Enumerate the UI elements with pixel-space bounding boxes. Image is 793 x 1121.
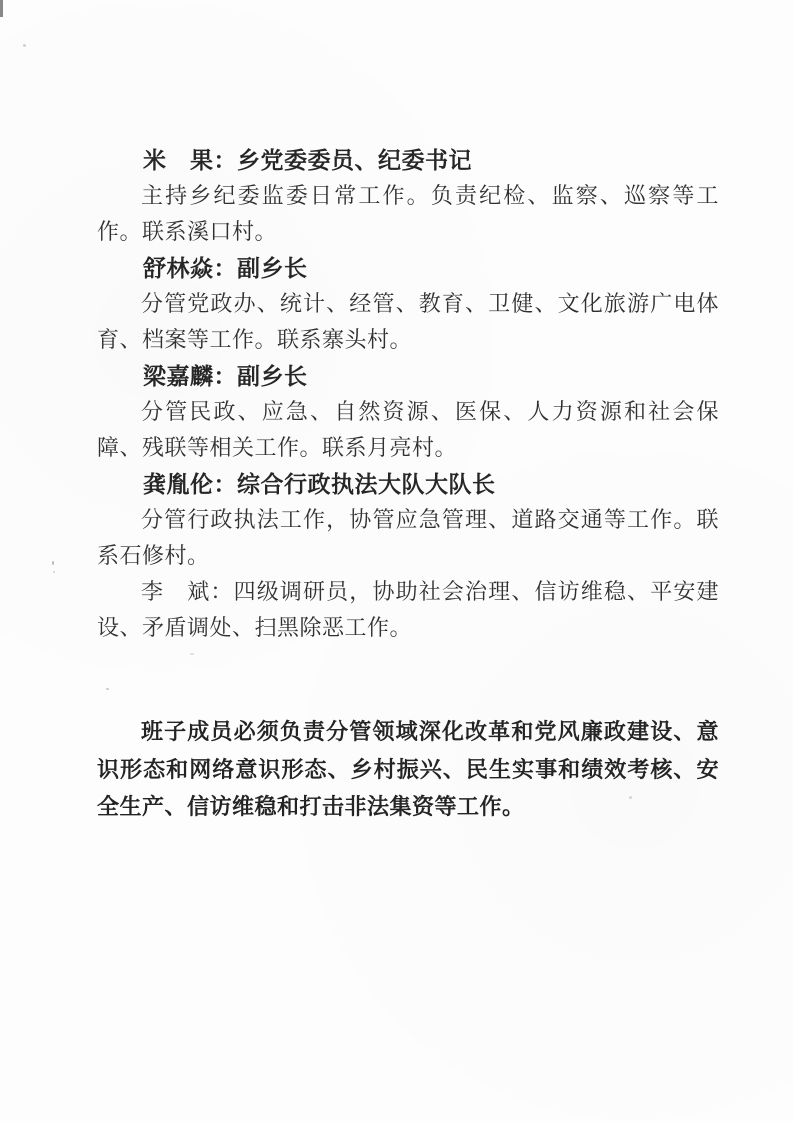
scan-speck xyxy=(52,561,54,565)
entry-duties-shu-linyan: 分管党政办、统计、经管、教育、卫健、文化旅游广电体育、档案等工作。联系寨头村。 xyxy=(97,286,719,358)
entry-heading-mi-guo: 米 果：乡党委委员、纪委书记 xyxy=(97,142,719,178)
entry-heading-liang-jialin: 梁嘉麟：副乡长 xyxy=(97,358,719,394)
closing-paragraph: 班子成员必须负责分管领域深化改革和党风廉政建设、意识形态和网络意识形态、乡村振兴… xyxy=(97,713,719,826)
document-page: 米 果：乡党委委员、纪委书记 主持乡纪委监委日常工作。负责纪检、监察、巡察等工作… xyxy=(0,0,793,1121)
scan-speck xyxy=(23,44,26,47)
entry-duties-mi-guo: 主持乡纪委监委日常工作。负责纪检、监察、巡察等工作。联系溪口村。 xyxy=(97,178,719,250)
scan-speck xyxy=(53,571,55,573)
document-body: 米 果：乡党委委员、纪委书记 主持乡纪委监委日常工作。负责纪检、监察、巡察等工作… xyxy=(97,142,719,826)
entry-heading-gong-yinlun: 龚胤伦：综合行政执法大队大队长 xyxy=(97,466,719,502)
entry-duties-liang-jialin: 分管民政、应急、自然资源、医保、人力资源和社会保障、残联等相关工作。联系月亮村。 xyxy=(97,394,719,466)
scan-edge-artifact xyxy=(0,0,3,17)
entry-duties-gong-yinlun: 分管行政执法工作，协管应急管理、道路交通等工作。联系石修村。 xyxy=(97,502,719,574)
entry-heading-shu-linyan: 舒林焱：副乡长 xyxy=(97,250,719,286)
entry-li-bin-inline: 李 斌：四级调研员，协助社会治理、信访维稳、平安建设、矛盾调处、扫黑除恶工作。 xyxy=(97,574,719,646)
